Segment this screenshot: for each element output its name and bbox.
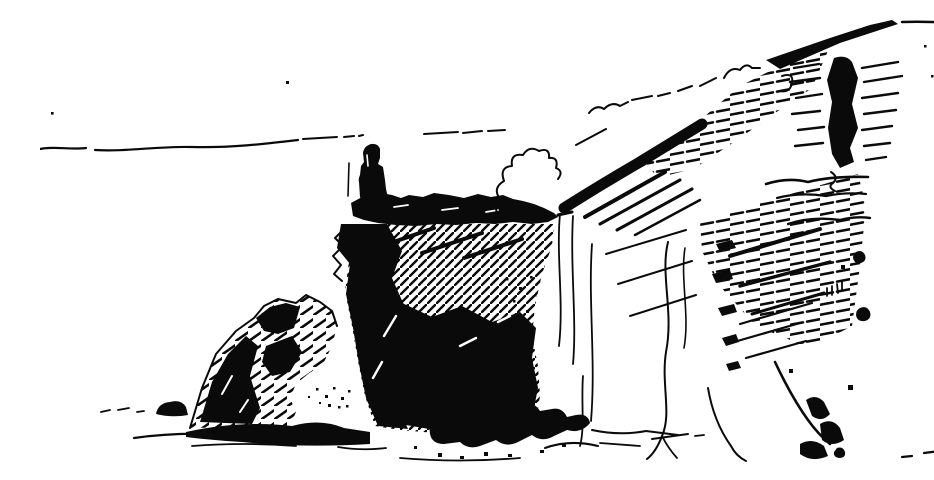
horizon-dashes [303,130,505,139]
right-cliff [564,20,934,461]
sparse-strokes [606,230,696,316]
shore-dashes [101,408,144,412]
wall-band [351,193,558,226]
gully-line-3 [708,388,746,461]
ink-sketch: Coastal cliffs with ruined tower - pen a… [40,16,934,464]
rubble-dots [414,444,566,459]
sea-horizon [40,81,505,150]
tower-left-line [348,163,349,196]
rubble-dashes-2 [600,435,704,446]
rampart-wall [351,193,572,226]
rubble-dashes [592,430,688,439]
tower-highlight [367,155,368,166]
band-echo-2 [600,180,692,230]
crest-dark-band [766,20,898,69]
left-rocks [156,295,370,446]
horizon-line-left [40,148,86,149]
horizon-line-main [95,140,298,150]
mid-face-hatch [700,174,866,348]
base-rubble [789,369,853,459]
crest-line-right [902,22,934,25]
rock-fissures [559,214,593,446]
bottom-right-dashes [902,450,934,457]
sketch-canvas: Coastal cliffs with ruined tower - pen a… [40,16,934,464]
ground-line-2 [192,444,296,446]
mid-cliff [333,224,554,434]
sky-specks [51,81,289,115]
ground-line-mid [338,447,520,461]
crevice-streak [827,57,858,168]
bottom-rubble [414,400,704,459]
rock-base-line [545,443,598,448]
band-echo-3 [635,200,700,235]
corner-specks [924,45,934,78]
small-boulder [156,401,188,416]
gully-fork [662,436,677,458]
